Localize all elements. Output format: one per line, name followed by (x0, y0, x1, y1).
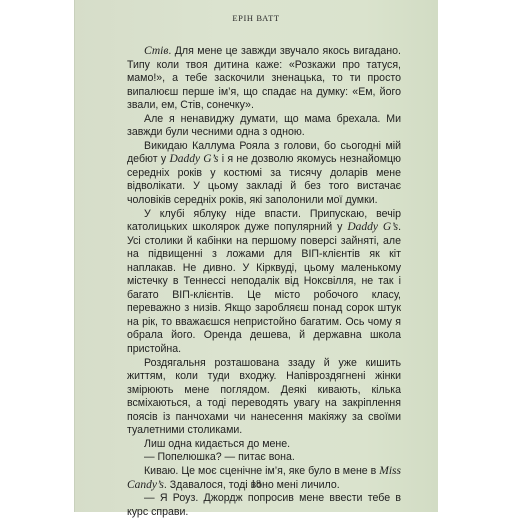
paragraph: Викидаю Каллума Рояла з голови, бо сього… (127, 140, 401, 208)
page-number: 18 (74, 479, 438, 490)
paragraph: У клубі яблуку ніде впасти. Припускаю, в… (127, 208, 401, 357)
paragraph-text: Лиш одна кидається до мене. (144, 438, 290, 450)
paragraph: — Я Роуз. Джордж попросив мене ввести те… (127, 492, 401, 512)
paragraph: Але я ненавиджу думати, що мама брехала.… (127, 113, 401, 140)
italic-text: Daddy G’s (169, 153, 218, 165)
paragraph-text: . Усі столики й кабінки на першому повер… (127, 221, 401, 355)
paragraph-text: Киваю. Це моє сценічне ім’я, яке було в … (144, 465, 379, 477)
italic-text: Daddy G’s (347, 221, 398, 233)
paragraph-text: — Я Роуз. Джордж попросив мене ввести те… (127, 492, 401, 512)
paragraph-text: . Для мене це завжди звучало якось вигад… (127, 45, 401, 111)
paragraph-text: — Попелюшка? — питає вона. (144, 451, 295, 463)
paragraph: Роздягальня розташована ззаду й уже киши… (127, 357, 401, 438)
paragraph: Стів. Для мене це завжди звучало якось в… (127, 45, 401, 113)
paragraph-text: Але я ненавиджу думати, що мама брехала.… (127, 113, 401, 139)
italic-text: Стів (144, 45, 168, 57)
paragraph: — Попелюшка? — питає вона. (127, 451, 401, 465)
running-head: ЕРІН ВАТТ (74, 13, 438, 23)
body-text: Стів. Для мене це завжди звучало якось в… (127, 45, 401, 512)
paragraph-text: Роздягальня розташована ззаду й уже киши… (127, 357, 401, 437)
book-page: ЕРІН ВАТТ Стів. Для мене це завжди звуча… (74, 0, 438, 512)
paragraph: Лиш одна кидається до мене. (127, 438, 401, 452)
